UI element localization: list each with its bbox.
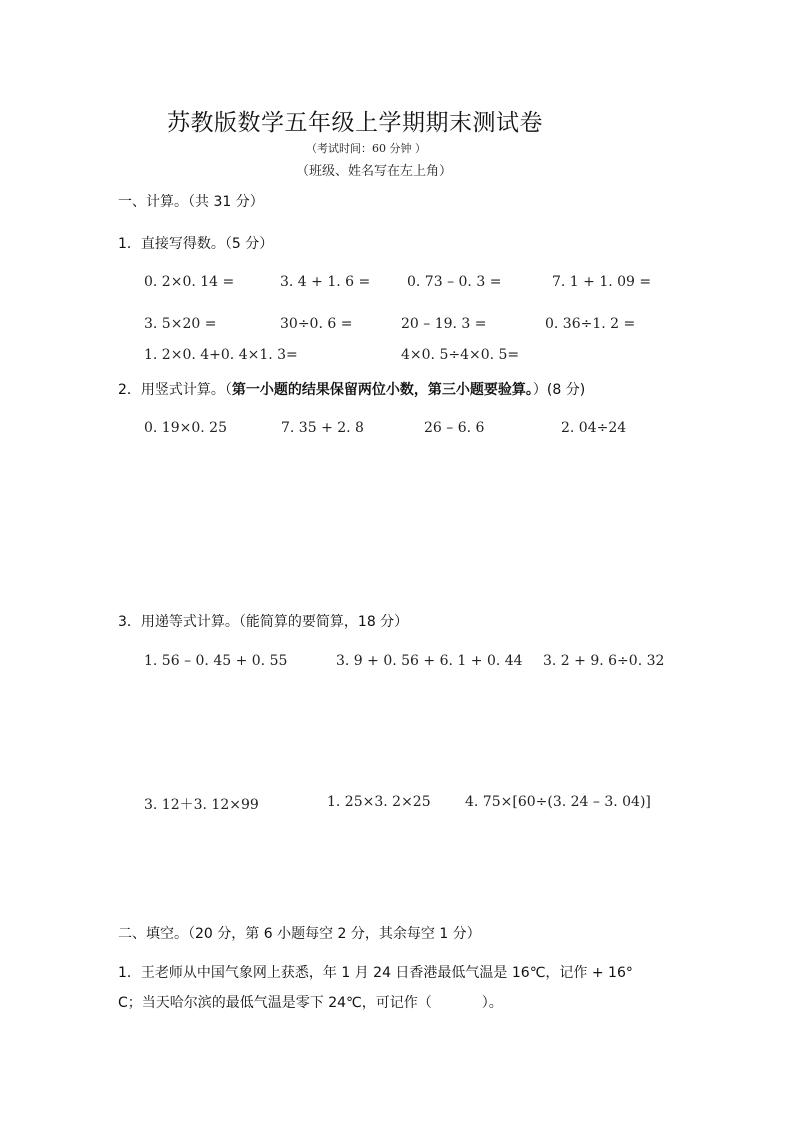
expression: 0. 2×0. 14 = (144, 274, 234, 290)
expression: 0. 73 – 0. 3 = (407, 274, 501, 290)
section-1-heading: 一、计算。（共 31 分） (118, 191, 264, 211)
expression: 1. 56 – 0. 45 + 0. 55 (144, 653, 287, 669)
fill-question-1-close: ）。 (482, 995, 503, 1011)
expression: 20 – 19. 3 = (401, 316, 487, 332)
expression: 3. 4 + 1. 6 = (280, 274, 370, 290)
page-title: 苏教版数学五年级上学期期末测试卷 (167, 104, 543, 137)
question-2-label-bold: 第一小题的结果保留两位小数，第三小题要验算。 (232, 382, 533, 398)
question-1-label: 1．直接写得数。（5 分） (118, 233, 273, 253)
name-class-note: （班级、姓名写在左上角） (296, 160, 452, 179)
fill-question-1-line-1: 1．王老师从中国气象网上获悉，年 1 月 24 日香港最低气温是 16℃，记作 … (118, 962, 633, 982)
expression: 2. 04÷24 (561, 420, 626, 436)
exam-time-note: （考试时间：60 分钟 ） (306, 140, 426, 156)
expression: 3. 5×20 = (144, 316, 216, 332)
expression: 3. 12＋3. 12×99 (144, 794, 259, 814)
expression: 1. 25×3. 2×25 (327, 794, 431, 810)
question-2-label-suffix: ）(8 分) (533, 382, 585, 398)
expression: 7. 1 + 1. 09 = (552, 274, 651, 290)
question-2-label: 2．用竖式计算。（第一小题的结果保留两位小数，第三小题要验算。）(8 分) (118, 379, 585, 399)
expression: 3. 2 + 9. 6÷0. 32 (543, 653, 664, 669)
expression: 0. 36÷1. 2 = (545, 316, 635, 332)
fill-question-1-text: C；当天哈尔滨的最低气温是零下 24℃，可记作（ (118, 995, 432, 1011)
expression: 3. 9 + 0. 56 + 6. 1 + 0. 44 (336, 653, 523, 669)
section-2-heading: 二、填空。（20 分，第 6 小题每空 2 分，其余每空 1 分） (118, 923, 481, 943)
expression: 7. 35 + 2. 8 (281, 420, 364, 436)
question-2-label-prefix: 2．用竖式计算。（ (118, 382, 232, 398)
question-3-label: 3．用递等式计算。（能简算的要简算，18 分） (118, 611, 408, 631)
expression: 26 – 6. 6 (424, 420, 484, 436)
expression: 4×0. 5÷4×0. 5= (401, 347, 519, 363)
expression: 30÷0. 6 = (280, 316, 352, 332)
expression: 1. 2×0. 4+0. 4×1. 3= (144, 347, 298, 363)
fill-question-1-line-2: C；当天哈尔滨的最低气温是零下 24℃，可记作（）。 (118, 992, 503, 1012)
expression: 4. 75×[60÷(3. 24 – 3. 04)] (465, 794, 651, 810)
expression: 0. 19×0. 25 (144, 420, 227, 436)
